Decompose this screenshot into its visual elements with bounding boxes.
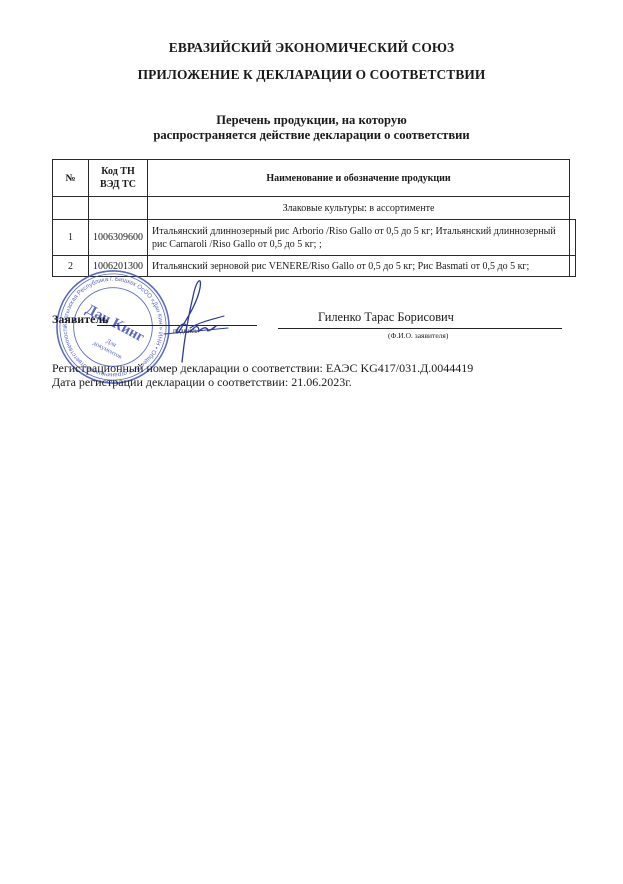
row-product-name-line-1: Итальянский зерновой рис VENERE/Riso Gal… — [152, 260, 529, 273]
header-code-line-1: Код ТН — [101, 165, 134, 178]
signature-line — [97, 325, 257, 326]
subtitle-line-1: Перечень продукции, на которую — [0, 113, 623, 128]
header-code: Код ТН ВЭД ТС — [88, 159, 148, 197]
row-number-text: 2 — [68, 260, 73, 273]
row-code: 1006201300 — [88, 255, 148, 277]
row-inner-divider — [569, 219, 570, 256]
subtitle-line-2: распространяется действие декларации о с… — [0, 128, 623, 143]
svg-text:Для: Для — [105, 338, 118, 349]
group-label-text: Злаковые культуры: в ассортименте — [283, 202, 435, 215]
row-number-text: 1 — [68, 231, 73, 244]
row-code-text: 1006309600 — [93, 231, 143, 244]
applicant-full-name: Гиленко Тарас Борисович — [318, 310, 454, 325]
declaration-appendix-page: ЕВРАЗИЙСКИЙ ЭКОНОМИЧЕСКИЙ СОЮЗ ПРИЛОЖЕНИ… — [0, 0, 623, 884]
row-number: 2 — [52, 255, 89, 277]
svg-text:документов: документов — [92, 340, 123, 361]
header-number: № — [52, 159, 89, 197]
row-code: 1006309600 — [88, 219, 148, 256]
group-code-empty — [88, 196, 148, 220]
registration-date: Дата регистрации декларации о соответств… — [52, 375, 352, 390]
full-name-caption: (Ф.И.О. заявителя) — [388, 331, 448, 340]
union-title: ЕВРАЗИЙСКИЙ ЭКОНОМИЧЕСКИЙ СОЮЗ — [0, 40, 623, 56]
group-number-empty — [52, 196, 89, 220]
product-list-subtitle: Перечень продукции, на которую распростр… — [0, 113, 623, 143]
row-product-name: Итальянский зерновой рис VENERE/Riso Gal… — [147, 255, 576, 277]
row-product-name-line-1: Итальянский длиннозерный рис Arborio /Ri… — [152, 225, 556, 238]
header-code-line-2: ВЭД ТС — [100, 178, 136, 191]
appendix-title: ПРИЛОЖЕНИЕ К ДЕКЛАРАЦИИ О СООТВЕТСТВИИ — [0, 67, 623, 83]
row-product-name-line-2: рис Carnaroli /Riso Gallo от 0,5 до 5 кг… — [152, 238, 322, 251]
full-name-line — [278, 328, 562, 329]
row-code-text: 1006201300 — [93, 260, 143, 273]
signature-caption: подпись — [173, 327, 197, 335]
handwritten-signature-icon — [150, 272, 230, 368]
header-number-label: № — [65, 172, 75, 185]
row-product-name: Итальянский длиннозерный рис Arborio /Ri… — [147, 219, 576, 256]
row-inner-divider — [569, 255, 570, 277]
header-product-name: Наименование и обозначение продукции — [147, 159, 570, 197]
group-label: Злаковые культуры: в ассортименте — [147, 196, 570, 220]
header-product-name-label: Наименование и обозначение продукции — [266, 172, 450, 185]
row-number: 1 — [52, 219, 89, 256]
registration-number: Регистрационный номер декларации о соотв… — [52, 361, 473, 376]
